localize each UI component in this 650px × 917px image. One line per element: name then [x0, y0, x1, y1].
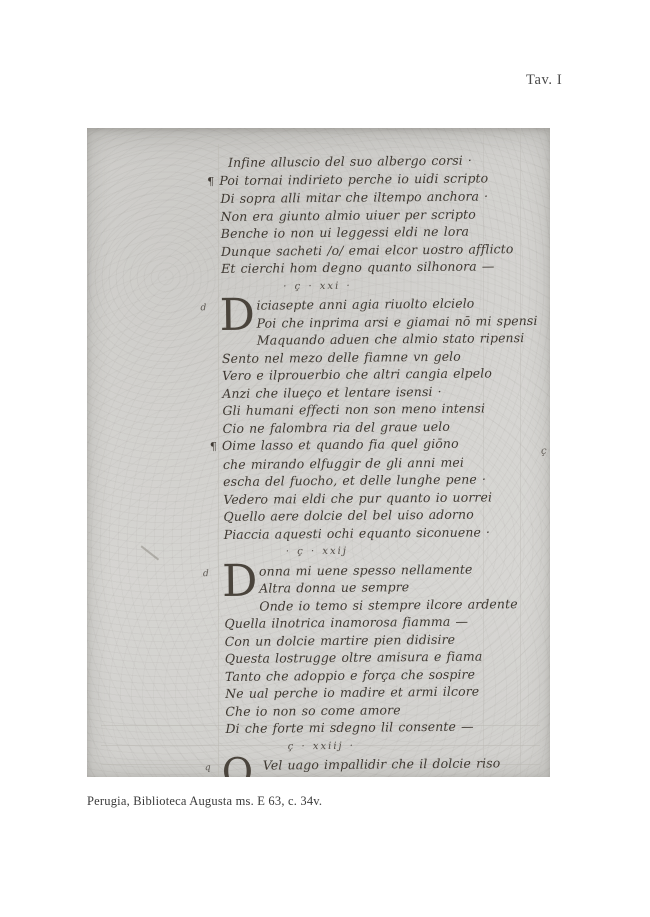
drop-cap-initial: Q	[222, 758, 260, 775]
plate-label: Tav. I	[526, 72, 562, 89]
manuscript-line: Dunque sacheti /o/ emai elcor uostro aff…	[221, 239, 545, 260]
manuscript-line: Di che forte mi sdegno lil consente —	[225, 717, 549, 738]
paraph-mark: ¶	[207, 175, 214, 188]
stanza: dDiciasepte anni agia riuolto elcieloPoi…	[221, 294, 546, 437]
manuscript-text-block: Infine alluscio del suo albergo corsi ·¶…	[220, 151, 550, 775]
drop-cap-initial: D	[219, 298, 253, 333]
drop-cap-initial: D	[222, 563, 256, 598]
stanza-number-mark: · ç · xxi ·	[221, 275, 545, 296]
manuscript-line: Vel uago impallidir che il dolcie riso	[226, 754, 550, 775]
stanza-number-mark: · ç · xxij	[224, 541, 548, 562]
manuscript-line: Et cierchi hom degno quanto silhonora —	[221, 257, 545, 278]
paraph-mark: ¶	[210, 440, 217, 453]
stanza: ¶Oime lasso et quando fia quel giōnoche …	[223, 434, 548, 543]
manuscript-line: Maquando aduen che almio stato ripensi	[222, 329, 546, 350]
book-page: { "page": { "plate_label": "Tav. I", "ca…	[0, 0, 650, 917]
plate-caption: Perugia, Biblioteca Augusta ms. E 63, c.…	[87, 794, 322, 809]
rubricator-guide-letter: q	[205, 760, 211, 777]
stanza-number-mark: ç · xxiij ·	[226, 735, 550, 756]
rubricator-guide-letter: d	[203, 566, 209, 584]
stray-pen-stroke	[141, 545, 159, 560]
stanza: dDonna mi uene spesso nellamenteAltra do…	[224, 559, 550, 737]
manuscript-line: Onde io temo si stempre ilcore ardente	[224, 594, 548, 615]
left-margin-ruling	[218, 144, 219, 777]
manuscript-plate: ç Infine alluscio del suo albergo corsi …	[87, 128, 550, 777]
stanza: Infine alluscio del suo albergo corsi ·¶…	[220, 151, 545, 278]
manuscript-line: Piaccia aquesti ochi equanto siconuene ·	[224, 522, 548, 543]
stanza: qQVel uago impallidir che il dolcie riso	[226, 754, 550, 775]
rubricator-guide-letter: d	[200, 300, 206, 318]
